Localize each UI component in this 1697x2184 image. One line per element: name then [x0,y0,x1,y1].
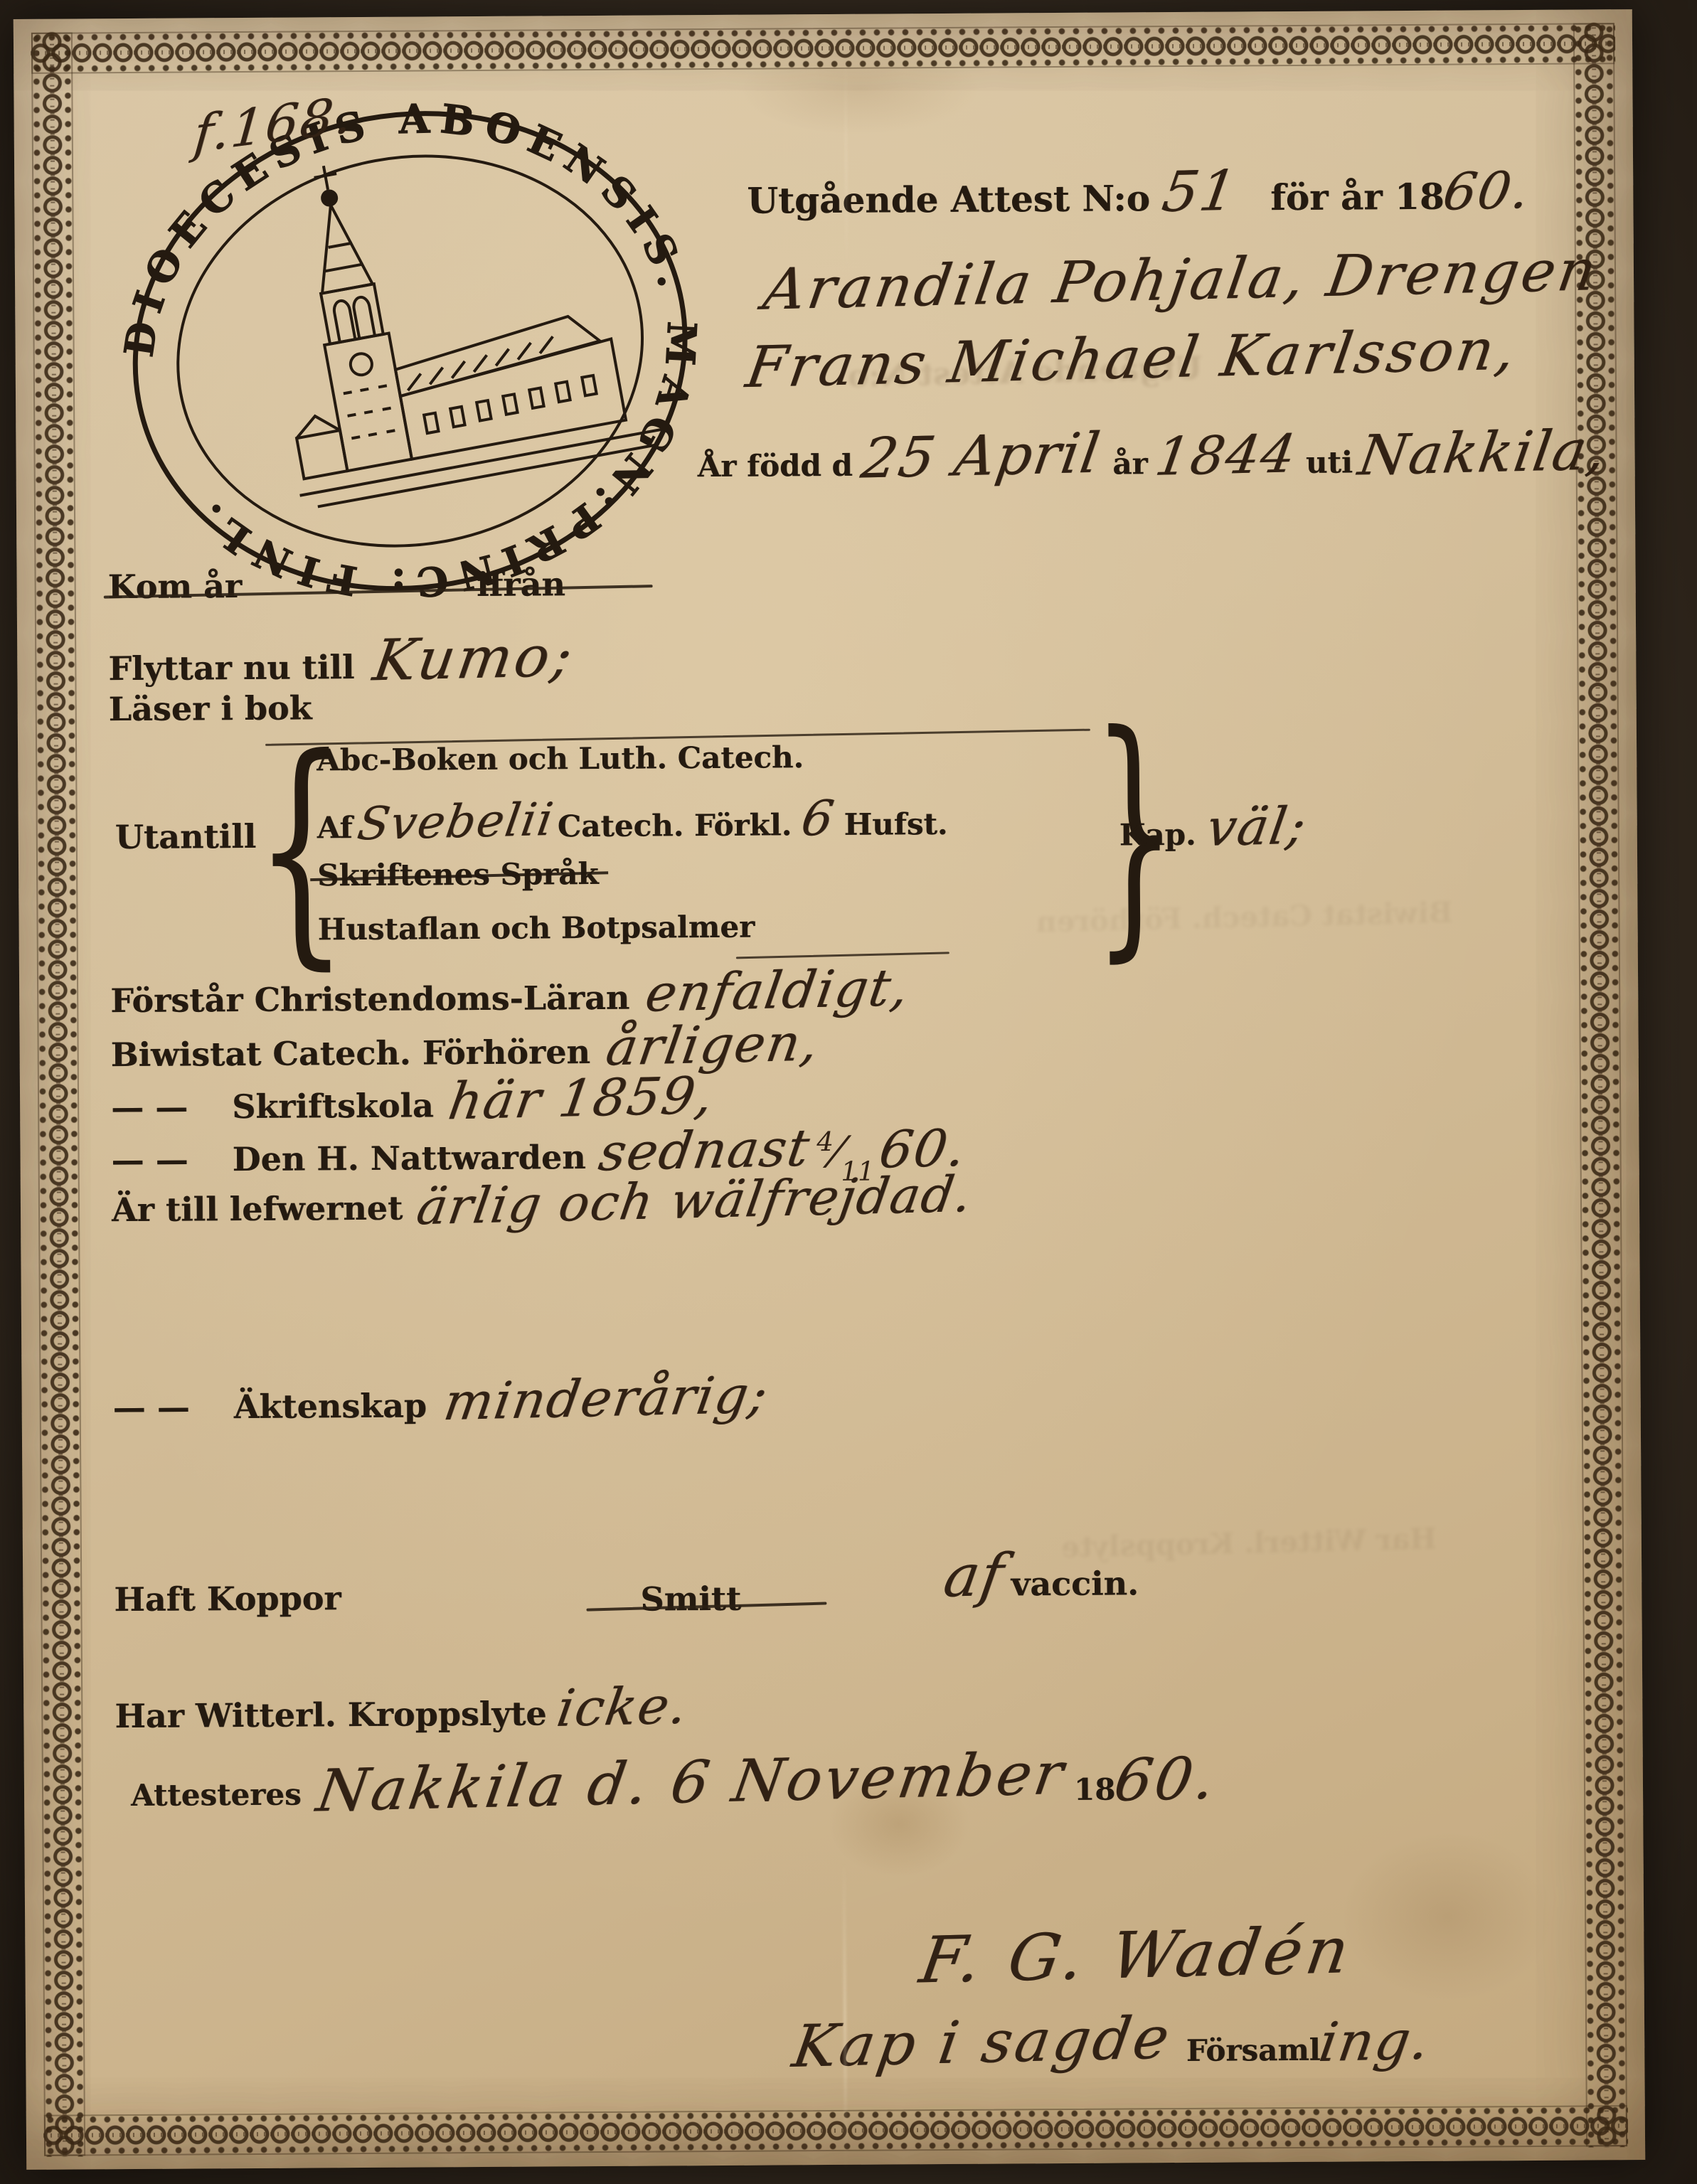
utantill-item2-mid: Catech. Förkl. [558,807,792,843]
ornamental-border-left [31,31,86,2156]
attest-year-hand: 60. [1440,160,1535,222]
biwistat-label: Biwistat Catech. Förhören [111,1033,591,1074]
born-in-label: uti [1306,444,1353,479]
seal-ring-text: DIOECESIS ABOENSIS. MAGN:PRINC: FINL. [106,86,714,616]
certificate-paper: DIOECESIS ABOENSIS. MAGN:PRINC: FINL. [14,9,1645,2170]
utantill-item4: Hustaflan och Botpsalmer [317,910,755,947]
koppor-label: Haft Koppor [114,1579,341,1619]
vaccin-label: vaccin. [1011,1564,1139,1603]
kom-ar-label: Kom år [107,567,242,606]
signature-role-hand: Kap i sagde [788,2004,1176,2081]
kap-value: väl; [1203,796,1311,858]
kroppslyte-label: Har Witterl. Kroppslyte [115,1694,547,1735]
lefwernet-value: ärlig och wälfrejdad. [413,1165,977,1236]
person-origin-line: Arandila Pohjala, Drengen [759,237,1602,323]
ditto-dashes: — — [113,1388,190,1427]
svg-text:DIOECESIS ABOENSIS. MAGN:PRINC: DIOECESIS ABOENSIS. MAGN:PRINC: FINL. [106,86,714,616]
signature-role-print: Församl [1186,2033,1321,2068]
attest-year-label: för år 18 [1270,176,1445,218]
utantill-item3-struck: Skriftenes Språk [317,856,599,893]
smitt-struck: Smitt [640,1580,741,1619]
signature-name: F. G. Wadén [915,1913,1358,1998]
utantill-label: Utantill [115,817,257,856]
born-label: År född d [697,448,852,484]
born-year: 1844 [1151,423,1301,488]
blank-rule [736,952,949,959]
ditto-dashes: — — [111,1088,188,1127]
flyttar-value: Kumo; [369,623,580,694]
ditto-dashes: — — [111,1141,188,1180]
ornamental-border-bottom [43,2104,1628,2157]
attest-place-date: Nakkila d. 6 November [312,1740,1070,1826]
ornamental-border-right [1573,22,1628,2147]
forstar-label: Förstår Christendoms-Läran [110,979,629,1020]
utantill-item2-prefix: Af [317,810,353,845]
signature-role-hand2: ing. [1316,2008,1435,2074]
skriftskola-label: Skriftskola [232,1086,434,1126]
ornamental-border-top [31,22,1615,75]
attest-year-hand: 60. [1110,1744,1222,1814]
attest-title: Utgående Attest N:o [747,177,1150,221]
born-day: 25 April [857,422,1105,491]
utantill-item2-suffix: Hufst. [844,806,947,842]
paper-stain [1340,1831,1554,2003]
person-name-line: Frans Michael Karlsson, [742,316,1522,401]
ifran-label: ifrån [477,565,565,604]
diocese-seal: DIOECESIS ABOENSIS. MAGN:PRINC: FINL. [106,86,714,616]
vaccin-hand: af [940,1542,1009,1611]
kroppslyte-value: icke. [553,1676,693,1738]
attest-year-print: 18 [1074,1772,1116,1807]
aktenskap-label: Äktenskap [234,1386,427,1426]
utantill-item2-hand: Svebelii [354,794,558,851]
kap-label: Kap. [1119,817,1196,853]
utantill-item2-number: 6 [797,791,838,848]
attesteres-label: Attesteres [131,1777,302,1813]
born-year-label: år [1112,446,1148,481]
attest-number: 51 [1158,159,1241,225]
born-place: Nakkila, [1354,418,1611,488]
aktenskap-value: minderårig; [440,1365,773,1432]
flyttar-label: Flyttar nu till [108,648,354,688]
lefwernet-label: Är till lefwernet [112,1189,403,1229]
utantill-item1: Abc-Boken och Luth. Catech. [316,740,804,777]
